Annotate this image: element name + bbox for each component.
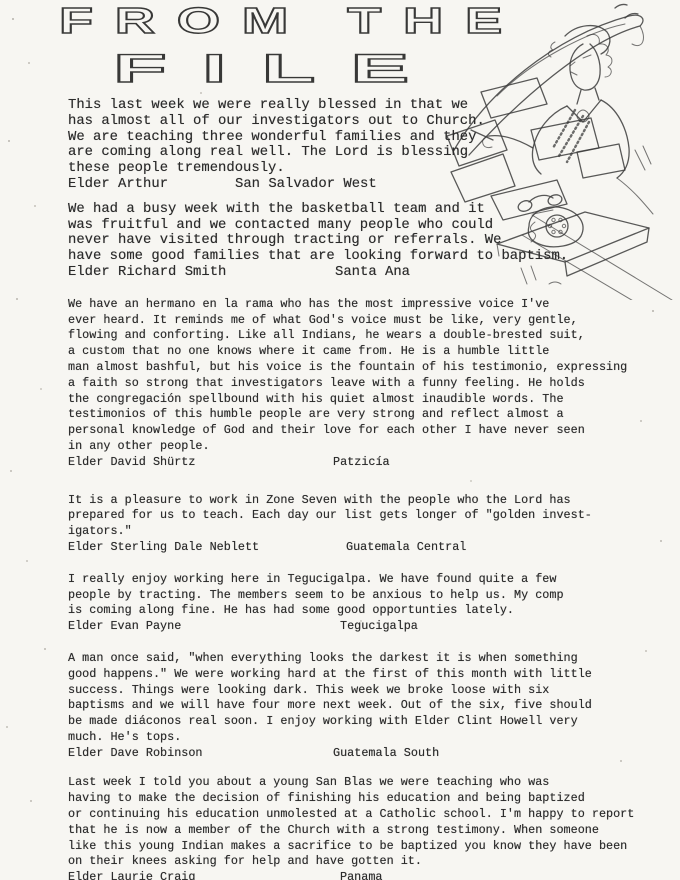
letter-text: It is a pleasure to work in Zone Seven w…	[68, 493, 653, 540]
signature-row: Elder Arthur San Salvador West	[68, 177, 653, 193]
letter-text: We had a busy week with the basketball t…	[68, 202, 653, 265]
mission-location: Patzicía	[333, 455, 390, 471]
elder-name: Elder Arthur	[68, 176, 168, 192]
signature-row: Elder Dave Robinson Guatemala South	[68, 746, 653, 762]
letter-text: I really enjoy working here in Tegucigal…	[68, 572, 653, 619]
feather-icon	[615, 4, 638, 18]
elder-name: Elder Dave Robinson	[68, 746, 203, 760]
scan-noise	[0, 0, 2, 2]
signature-row: Elder Evan Payne Tegucigalpa	[68, 619, 653, 635]
elder-name: Elder Richard Smith	[68, 264, 226, 280]
letter-text: This last week we were really blessed in…	[68, 98, 653, 177]
mission-location: Panama	[340, 870, 382, 880]
letter-entry: We have an hermano en la rama who has th…	[68, 297, 653, 471]
signature-row: Elder Sterling Dale Neblett Guatemala Ce…	[68, 540, 653, 556]
letter-text: A man once said, "when everything looks …	[68, 651, 653, 746]
signature-row: Elder David Shürtz Patzicía	[68, 455, 653, 471]
letters-column: This last week we were really blessed in…	[68, 98, 653, 880]
signature-row: Elder Laurie Craig Panama	[68, 870, 653, 880]
mission-location: Guatemala South	[333, 746, 439, 762]
elder-name: Elder David Shürtz	[68, 455, 195, 469]
letter-entry: Last week I told you about a young San B…	[68, 775, 653, 880]
letter-entry: We had a busy week with the basketball t…	[68, 202, 653, 281]
letter-text: We have an hermano en la rama who has th…	[68, 297, 653, 455]
letter-entry: A man once said, "when everything looks …	[68, 651, 653, 762]
signature-row: Elder Richard Smith Santa Ana	[68, 265, 653, 281]
letter-entry: This last week we were really blessed in…	[68, 98, 653, 193]
elder-name: Elder Evan Payne	[68, 619, 181, 633]
mission-location: Guatemala Central	[346, 540, 466, 556]
elder-name: Elder Sterling Dale Neblett	[68, 540, 259, 554]
mission-location: Santa Ana	[335, 265, 410, 281]
scanned-newsletter-page: FROM THE FILE	[0, 0, 680, 880]
letter-text: Last week I told you about a young San B…	[68, 775, 653, 870]
elder-name: Elder Laurie Craig	[68, 870, 195, 880]
title-line-2: FILE	[113, 46, 444, 90]
mission-location: San Salvador West	[235, 177, 377, 193]
mission-location: Tegucigalpa	[340, 619, 418, 635]
letter-entry: It is a pleasure to work in Zone Seven w…	[68, 493, 653, 556]
letter-entry: I really enjoy working here in Tegucigal…	[68, 572, 653, 635]
